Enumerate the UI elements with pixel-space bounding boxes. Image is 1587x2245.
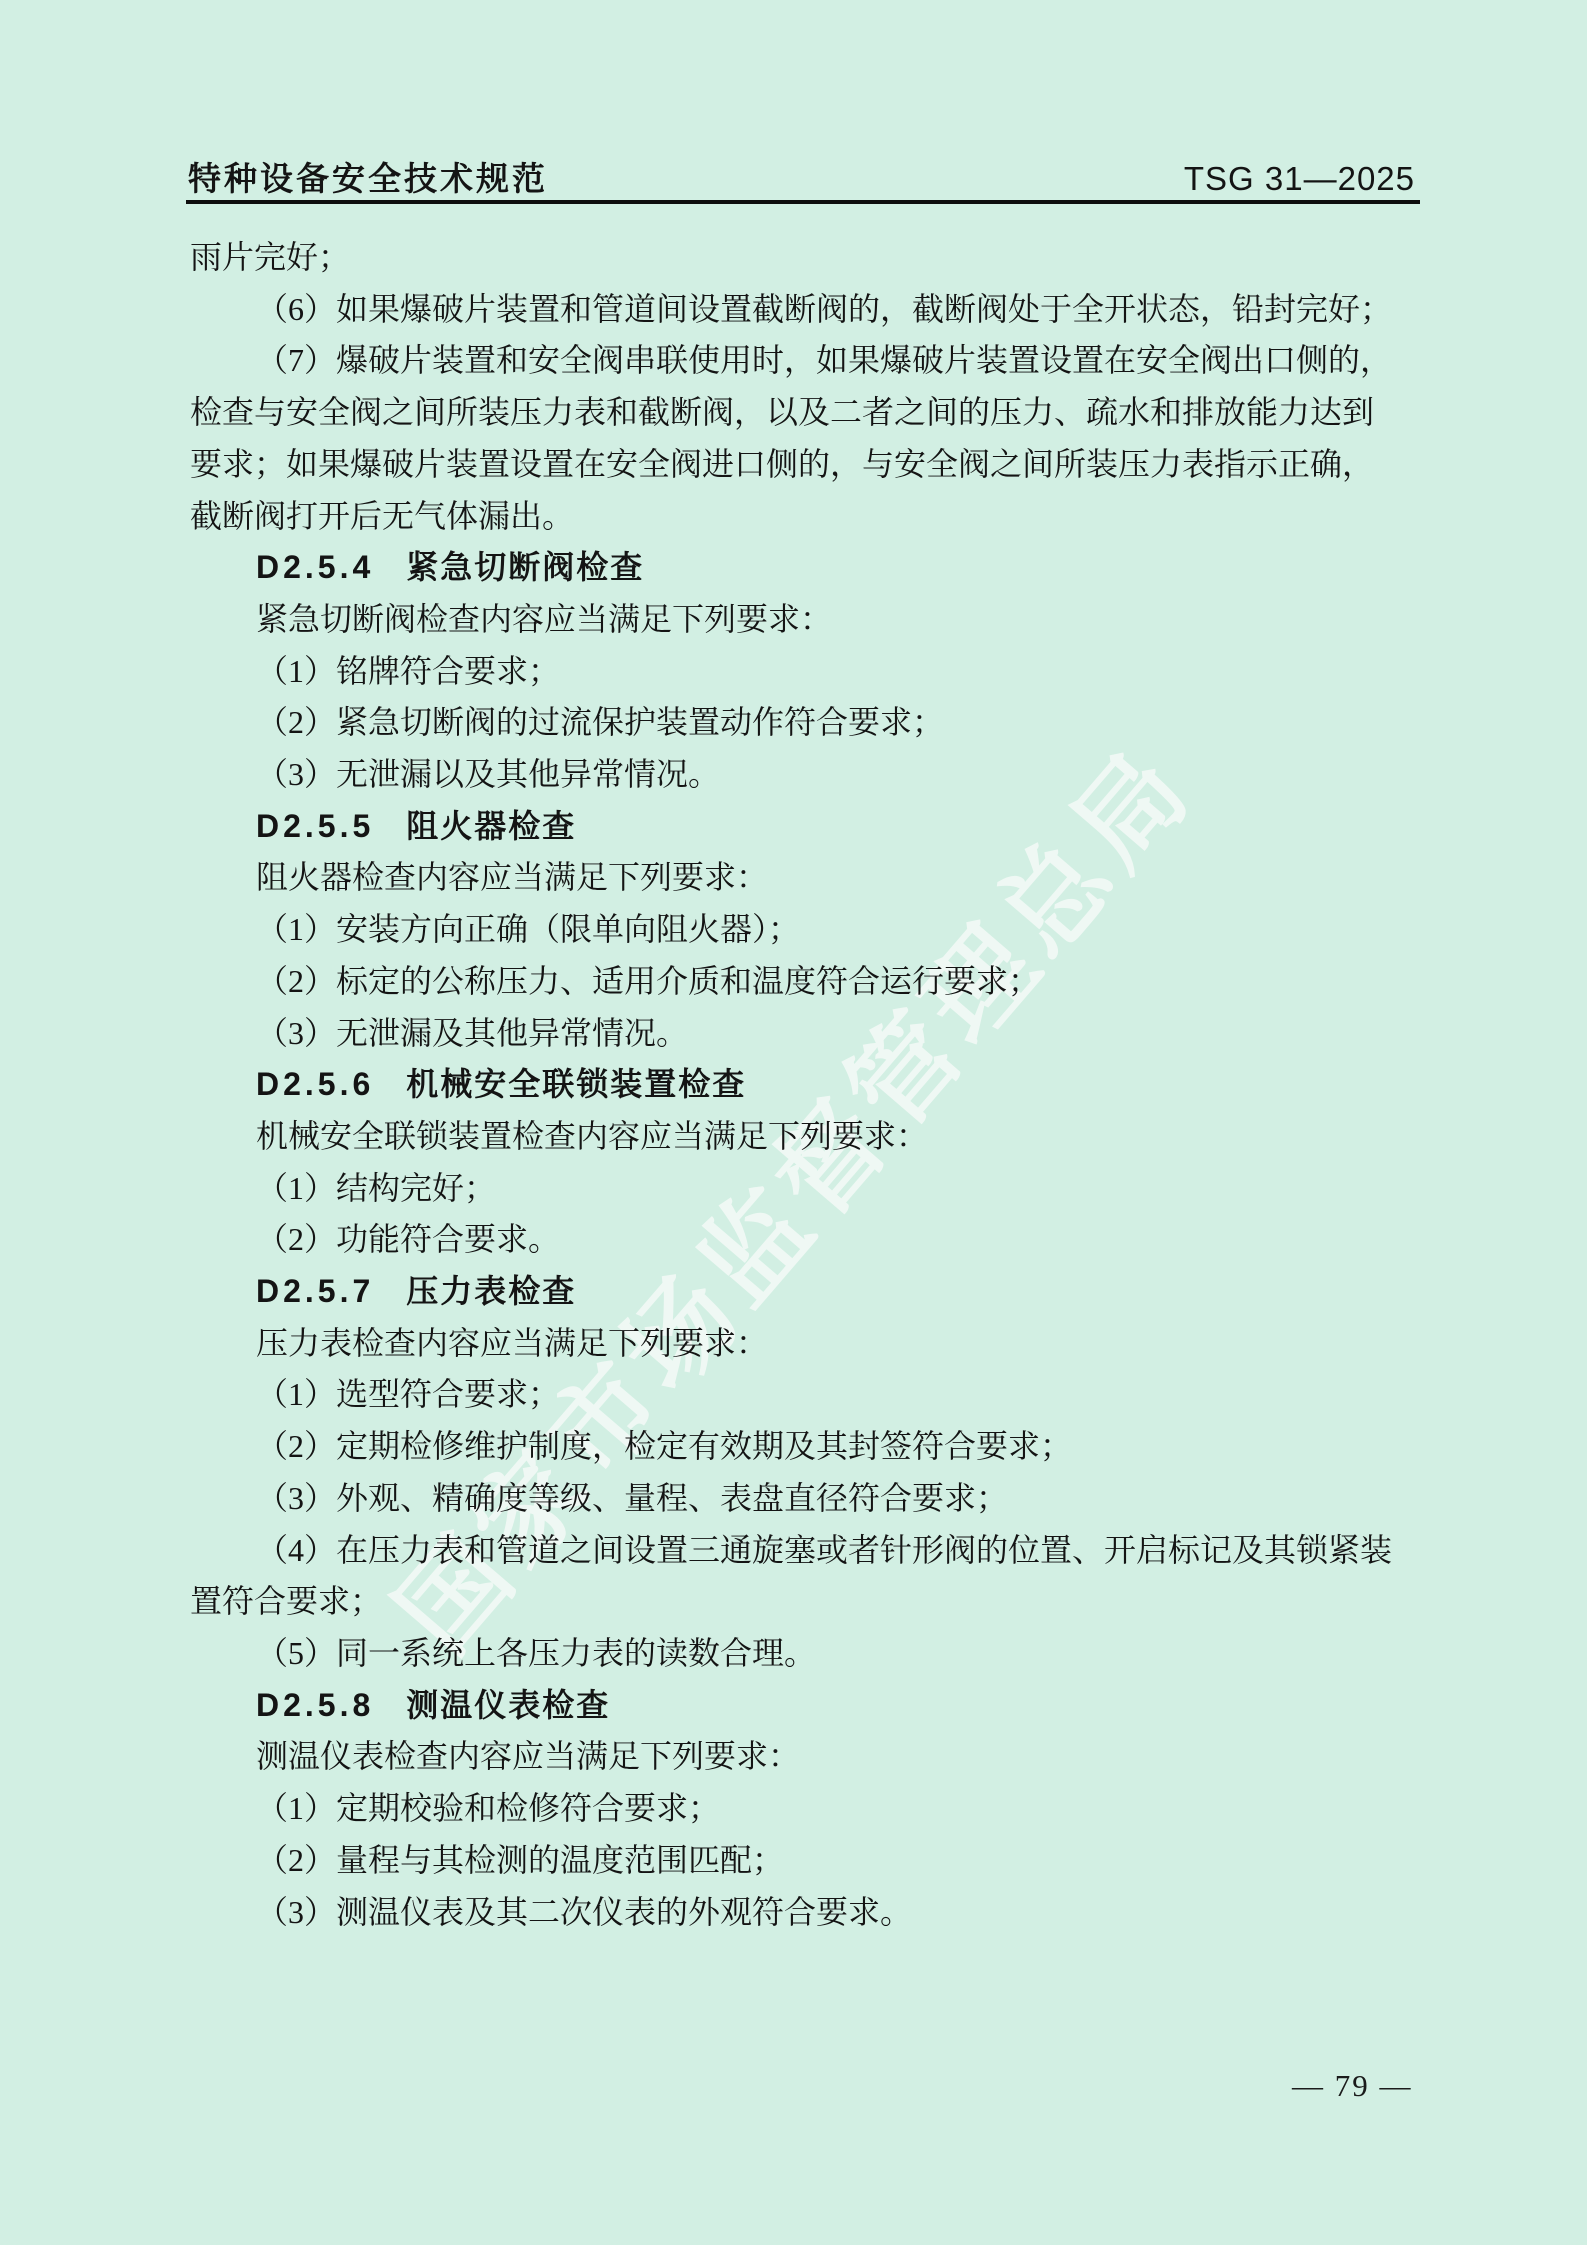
body-paragraph: 雨片完好；	[190, 232, 1452, 284]
heading-number: D2.5.8	[256, 1687, 374, 1723]
body-paragraph: （4）在压力表和管道之间设置三通旋塞或者针形阀的位置、开启标记及其锁紧装 置符合…	[190, 1525, 1452, 1628]
section-heading: D2.5.5阻火器检查	[190, 801, 1452, 853]
page-header: 特种设备安全技术规范 TSG 31—2025	[188, 153, 1415, 200]
body-paragraph: （3）无泄漏及其他异常情况。	[190, 1008, 1452, 1060]
body-paragraph: （1）铭牌符合要求；	[190, 646, 1452, 698]
heading-number: D2.5.4	[256, 549, 374, 585]
body-paragraph: （3）无泄漏以及其他异常情况。	[190, 749, 1452, 801]
heading-title: 机械安全联锁装置检查	[406, 1066, 746, 1102]
body-paragraph: 压力表检查内容应当满足下列要求：	[190, 1318, 1452, 1370]
body-paragraph: 紧急切断阀检查内容应当满足下列要求：	[190, 594, 1452, 646]
body-paragraph: （1）定期校验和检修符合要求；	[190, 1783, 1452, 1835]
body-paragraph: （3）测温仪表及其二次仪表的外观符合要求。	[190, 1887, 1452, 1939]
body-paragraph: （3）外观、精确度等级、量程、表盘直径符合要求；	[190, 1473, 1452, 1525]
page: { "page": { "background_color": "#d2efe3…	[0, 0, 1587, 2245]
body-paragraph: （1）选型符合要求；	[190, 1369, 1452, 1421]
section-heading: D2.5.4紧急切断阀检查	[190, 542, 1452, 594]
section-heading: D2.5.7压力表检查	[190, 1266, 1452, 1318]
body-paragraph: （1）结构完好；	[190, 1163, 1452, 1215]
header-rule	[186, 200, 1420, 204]
heading-number: D2.5.7	[256, 1273, 374, 1309]
body-paragraph: （2）定期检修维护制度，检定有效期及其封签符合要求；	[190, 1421, 1452, 1473]
heading-title: 压力表检查	[406, 1273, 576, 1309]
body-paragraph: （2）功能符合要求。	[190, 1214, 1452, 1266]
heading-title: 紧急切断阀检查	[406, 549, 644, 585]
document-body: 雨片完好；（6）如果爆破片装置和管道间设置截断阀的，截断阀处于全开状态，铅封完好…	[190, 232, 1452, 1938]
heading-title: 阻火器检查	[406, 808, 576, 844]
body-paragraph: （7）爆破片装置和安全阀串联使用时，如果爆破片装置设置在安全阀出口侧的， 检查与…	[190, 335, 1452, 542]
body-paragraph: （2）标定的公称压力、适用介质和温度符合运行要求；	[190, 956, 1452, 1008]
body-paragraph: （6）如果爆破片装置和管道间设置截断阀的，截断阀处于全开状态，铅封完好；	[190, 284, 1452, 336]
page-number: — 79 —	[1292, 2068, 1413, 2104]
body-paragraph: （2）量程与其检测的温度范围匹配；	[190, 1835, 1452, 1887]
body-paragraph: （5）同一系统上各压力表的读数合理。	[190, 1628, 1452, 1680]
header-title: 特种设备安全技术规范	[188, 153, 548, 200]
section-heading: D2.5.6机械安全联锁装置检查	[190, 1059, 1452, 1111]
body-paragraph: 机械安全联锁装置检查内容应当满足下列要求：	[190, 1111, 1452, 1163]
body-paragraph: 测温仪表检查内容应当满足下列要求：	[190, 1731, 1452, 1783]
doc-code: TSG 31—2025	[1184, 160, 1415, 198]
heading-number: D2.5.6	[256, 1066, 374, 1102]
body-paragraph: （2）紧急切断阀的过流保护装置动作符合要求；	[190, 697, 1452, 749]
body-paragraph: 阻火器检查内容应当满足下列要求：	[190, 852, 1452, 904]
heading-title: 测温仪表检查	[406, 1687, 610, 1723]
section-heading: D2.5.8测温仪表检查	[190, 1680, 1452, 1732]
body-paragraph: （1）安装方向正确（限单向阻火器）；	[190, 904, 1452, 956]
heading-number: D2.5.5	[256, 808, 374, 844]
